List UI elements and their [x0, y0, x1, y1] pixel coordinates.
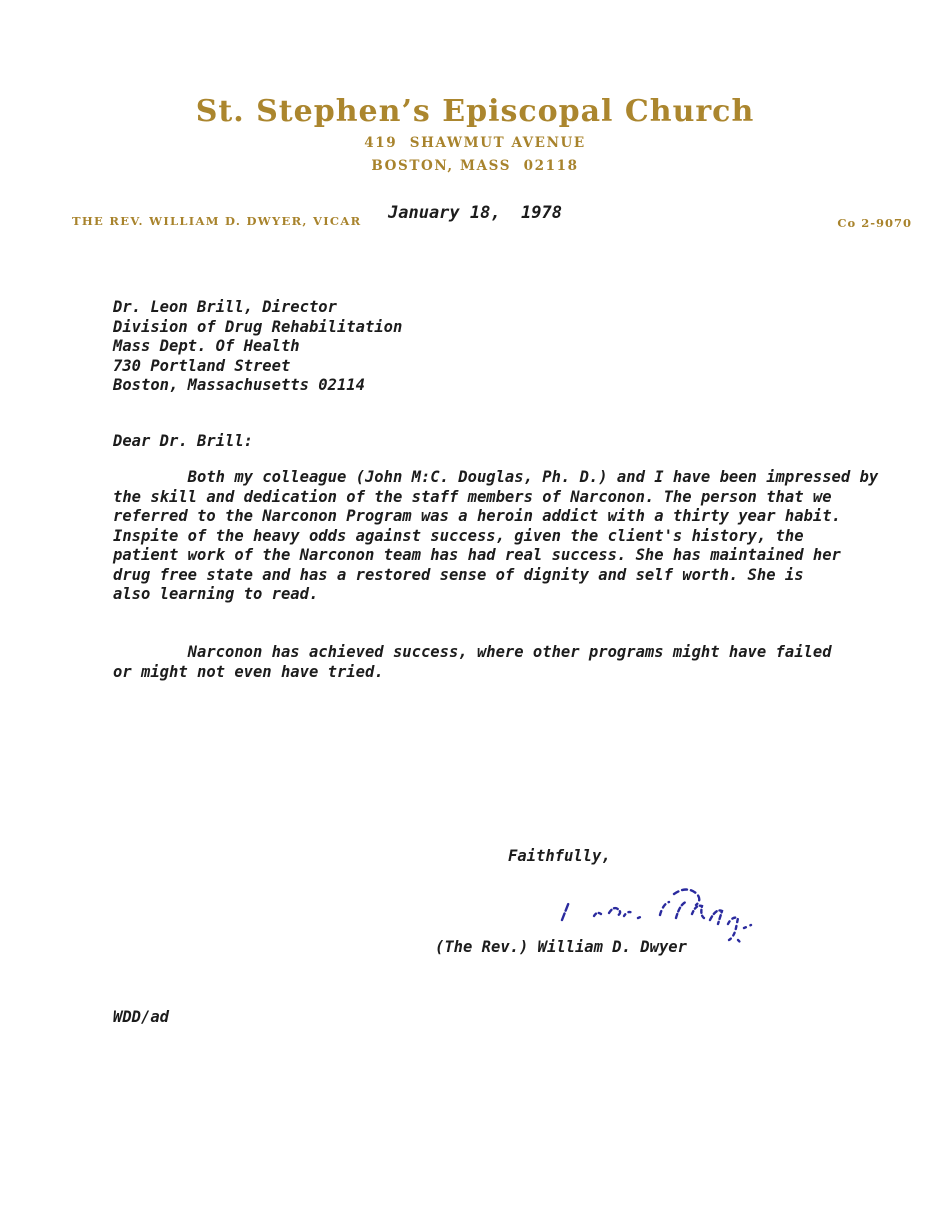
church-name: St. Stephen’s Episcopal Church: [0, 94, 950, 129]
letter-date: January 18, 1978: [0, 204, 950, 224]
body-paragraph-2: Narconon has achieved success, where oth…: [113, 643, 832, 682]
typist-initials: WDD/ad: [113, 1008, 169, 1028]
signature-typed-name: (The Rev.) William D. Dwyer: [435, 938, 687, 958]
handwritten-signature-icon: [552, 882, 797, 946]
salutation: Dear Dr. Brill:: [113, 432, 253, 452]
letterhead-city-address: BOSTON, MASS 02118: [0, 158, 950, 174]
recipient-address-block: Dr. Leon Brill, Director Division of Dru…: [113, 298, 402, 396]
letterhead-street-address: 419 SHAWMUT AVENUE: [0, 135, 950, 151]
letter-page: St. Stephen’s Episcopal Church 419 SHAWM…: [0, 0, 950, 1229]
closing-valediction: Faithfully,: [508, 847, 611, 867]
body-paragraph-1: Both my colleague (John M:C. Douglas, Ph…: [113, 468, 878, 605]
